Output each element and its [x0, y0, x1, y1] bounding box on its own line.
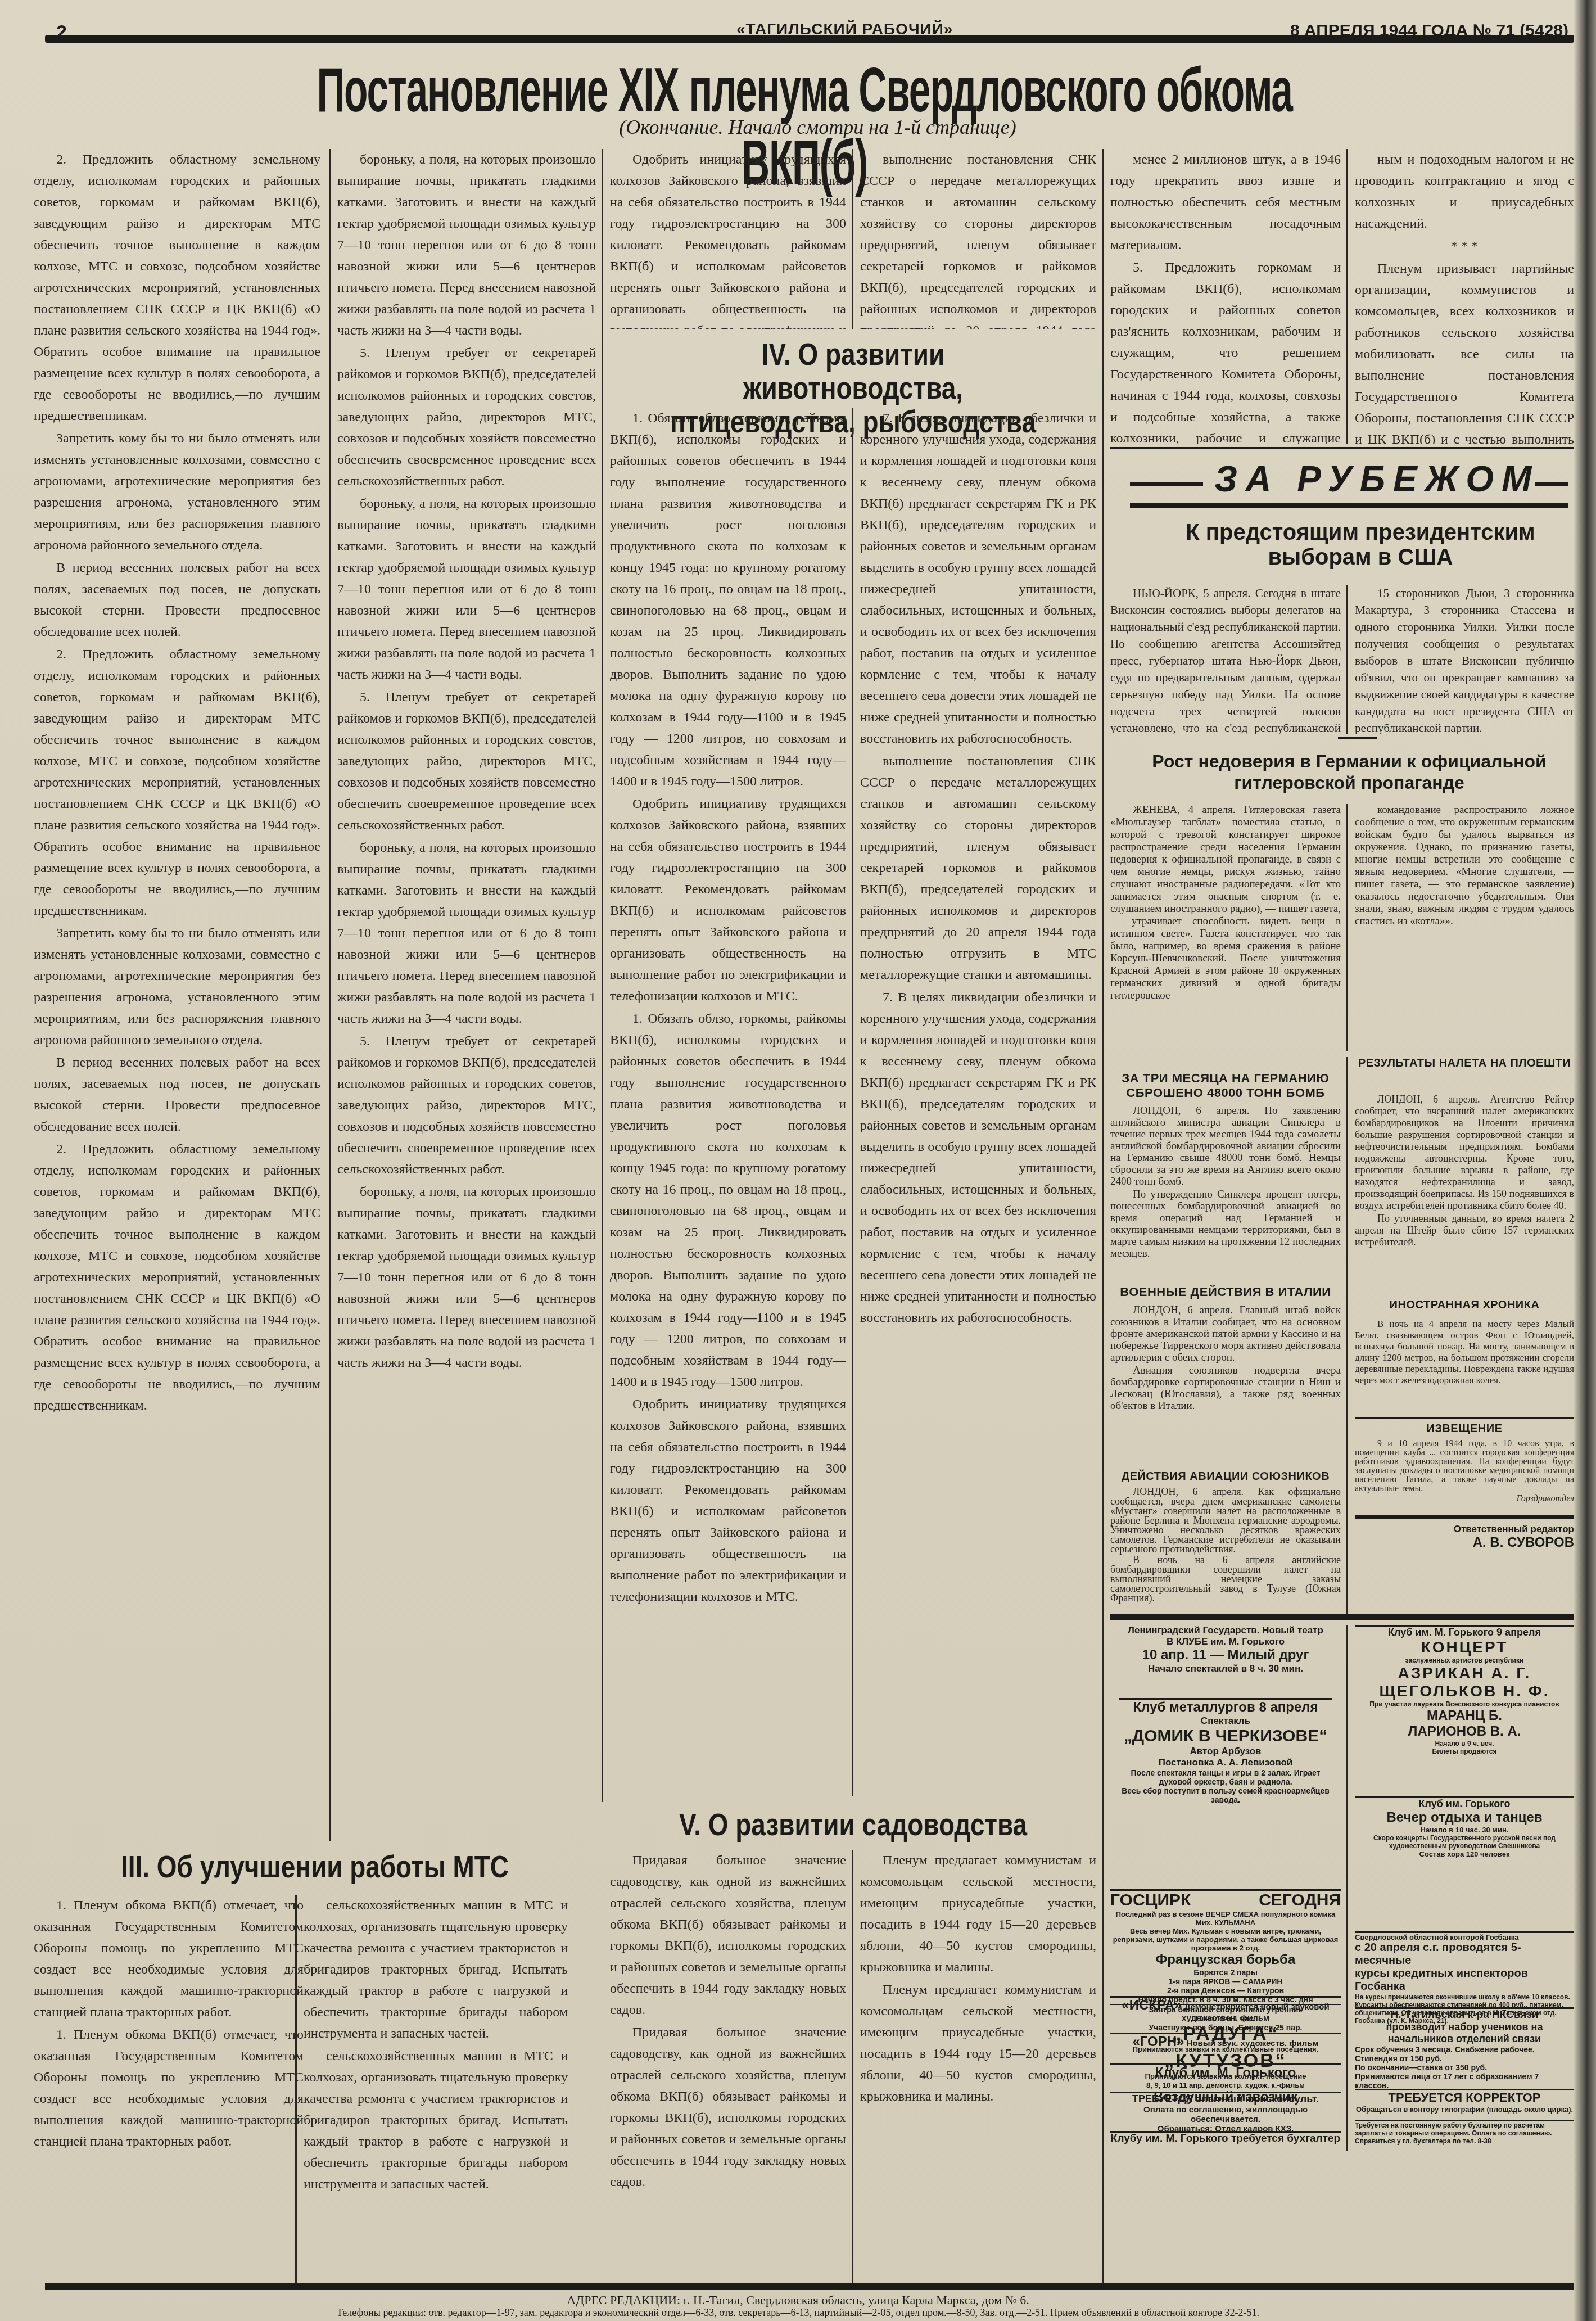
ad-circus-line2: Весь вечер Мих. Кульман с новыми антре, … [1110, 1927, 1341, 1952]
section-rule [1110, 447, 1574, 449]
paragraph: Одобрить инициативу трудящихся колхозов … [610, 1394, 846, 1607]
article-headline-germany-propaganda: Рост недоверия в Германии к официальной … [1124, 751, 1574, 793]
article-text: ЖЕНЕВА, 4 апреля. Гитлеровская газета «М… [1110, 804, 1341, 1002]
section-stars: * * * [1355, 236, 1574, 257]
ad-concert: Клуб им. М. Горького 9 апреля КОНЦЕРТ за… [1355, 1625, 1574, 1755]
paragraph: В период весенних полевых работ на всех … [34, 557, 320, 643]
column-v-1: Придавая большое значение садоводству, к… [610, 1850, 846, 2283]
column-iii-2: сельскохозяйственных машин в МТС и колхо… [304, 1895, 568, 2283]
ad-circus-when: СЕГОДНЯ [1259, 1891, 1341, 1910]
ad-concert-tickets: Билеты продаются [1355, 1747, 1574, 1755]
column-iii-1: 1. Пленум обкома ВКП(б) отмечает, что ок… [34, 1895, 304, 2283]
ad-gorky-film-club: Клуб им. М. Горького [1110, 2065, 1341, 2081]
article-text: 15 сторонников Дьюи, 3 сторонника Макарт… [1355, 585, 1574, 734]
ad-metallurgists-director: Постановка А. А. Левизовой [1119, 1757, 1332, 1768]
article-germany-propaganda-a: ЖЕНЕВА, 4 апреля. Гитлеровская газета «М… [1110, 804, 1341, 1051]
ad-nkc-line1: производит набор учеников на [1355, 2021, 1574, 2033]
masthead-rule [45, 35, 1574, 43]
ad-iskra-cinema: «ИСКРА» [1122, 1998, 1182, 2013]
ad-lawyer: ТРЕБУЕТСЯ опытный юрисконсульт. Оплата п… [1110, 2092, 1341, 2134]
paragraph: Одобрить инициативу трудящихся колхозов … [610, 149, 846, 329]
column-divider [602, 149, 603, 1802]
paragraph: 1. Пленум обкома ВКП(б) отмечает, что ок… [34, 1895, 304, 2023]
column-divider [852, 149, 853, 329]
header-rule [1130, 503, 1568, 508]
editor-label: Ответственный редактор [1355, 1524, 1574, 1535]
ad-dance-choir: Скоро концерты Государственного русской … [1355, 1834, 1574, 1850]
paragraph: менее 2 миллионов штук, а в 1946 году пр… [1110, 149, 1341, 256]
paragraph: 5. Предложить горкомам и райкомам ВКП(б)… [1110, 257, 1341, 444]
ad-concert-subtitle: заслуженных артистов республики [1355, 1656, 1574, 1664]
section-heading-iii: III. Об улучшении работы МТС [84, 1850, 545, 1884]
paragraph: 7. В целях ликвидации обезлички и коренн… [860, 408, 1096, 749]
article-germany-propaganda-b: командование распространило ложное сообщ… [1355, 804, 1574, 1051]
paragraph: 7. В целях ликвидации обезлички и коренн… [860, 987, 1096, 1329]
paragraph: Пленум призывает партийные организации, … [1355, 258, 1574, 444]
ad-credit-org: Свердловской областной конторой Госбанка [1355, 1933, 1574, 1941]
ad-dance-start: Начало в 10 час. 30 мин. [1355, 1826, 1574, 1834]
article-text: По уточненным данным, во время налета 2 … [1355, 1213, 1574, 1248]
paragraph: Запретить кому бы то ни было отменять ил… [34, 428, 320, 556]
article-ploesti: ЛОНДОН, 6 апреля. Агентство Рейтер сообщ… [1355, 1094, 1574, 1274]
ad-iskra-shows: Демонстрируется новый звуковой художеств… [1182, 2002, 1330, 2023]
ad-nkc-after: По окончании—ставка от 350 руб. [1355, 2063, 1574, 2072]
editor-block: Ответственный редактор А. В. СУВОРОВ [1355, 1524, 1574, 1551]
ad-concert-title: КОНЦЕРТ [1355, 1638, 1574, 1656]
ad-theatre-show: 10 апр. 11 — Милый друг [1110, 1647, 1341, 1663]
ad-dance-club: Клуб им. Горького [1355, 1798, 1574, 1810]
notice-title: ИЗВЕЩЕНИЕ [1355, 1423, 1574, 1435]
ad-concert-performer: ЩЕГОЛЬКОВ Н. Ф. [1355, 1682, 1574, 1700]
footer-address: АДРЕС РЕДАКЦИИ: г. Н.-Тагил, Свердловска… [0, 2293, 1596, 2308]
ad-metallurgists-label: Спектакль [1119, 1715, 1332, 1727]
paragraph: Пленум предлагает коммунистам и комсомол… [860, 1979, 1096, 2107]
notice-text: 9 и 10 апреля 1944 года, в 10 часов утра… [1355, 1439, 1574, 1512]
column-divider [1346, 585, 1348, 734]
notice-rule [1355, 1515, 1574, 1519]
paragraph: бороньку, а поля, на которых произошло в… [337, 493, 596, 685]
paragraph: ным и подоходным налогом и не проводить … [1355, 149, 1574, 234]
article-text: Авиация союзников подвергла вчера бомбар… [1110, 1365, 1341, 1412]
ad-lawyer-title: ТРЕБУЕТСЯ опытный юрисконсульт. [1110, 2093, 1341, 2105]
ad-metallurgists-proceeds: Весь сбор поступит в пользу семей красно… [1119, 1786, 1332, 1804]
page-subtitle: (Окончание. Начало смотри на 1-й страниц… [0, 115, 1596, 139]
footer-rule [45, 2283, 1574, 2290]
column-divider [1346, 804, 1348, 1051]
ad-theatre-venue: В КЛУБЕ им. М. Горького [1110, 1636, 1341, 1647]
paragraph: бороньку, а поля, на которых произошло в… [337, 149, 596, 341]
column-divider [1346, 149, 1348, 444]
paragraph: 1. Обязать облзо, горкомы, райкомы ВКП(б… [610, 408, 846, 792]
article-text: По утверждению Синклера процент потерь, … [1110, 1189, 1341, 1259]
ad-metallurgists-play: „ДОМИК В ЧЕРКИЗОВЕ“ [1119, 1727, 1332, 1746]
article-text: ЛОНДОН, 6 апреля. Как официально сообщае… [1110, 1487, 1341, 1554]
paragraph: 5. Пленум требует от секретарей райкомов… [337, 1031, 596, 1180]
paragraph: Придавая большое значение садоводству, к… [610, 1850, 846, 2021]
ad-circus-event: Французская борьба [1110, 1952, 1341, 1968]
ad-circus-name: ГОСЦИРК [1110, 1891, 1191, 1910]
article-headline-italy: ВОЕННЫЕ ДЕЙСТВИЯ В ИТАЛИИ [1110, 1285, 1341, 1299]
ad-theatre-dates: 10 апр. 11 [1142, 1647, 1207, 1663]
ad-theatre-header: Ленинградский Государств. Новый театр [1110, 1625, 1341, 1636]
article-bombs: ЛОНДОН, 6 апреля. По заявлению английско… [1110, 1105, 1341, 1274]
section-heading-v: V. О развитии садоводства [654, 1808, 1052, 1841]
ad-circus-pair2: 2-я пара Денисов — Каптуров [1110, 1986, 1341, 1995]
paragraph: сельскохозяйственных машин в МТС и колхо… [304, 1895, 568, 2044]
article-foreign-chronicle: В ночь на 4 апреля на мосту через Малый … [1355, 1318, 1574, 1414]
article-headline-allied-aviation: ДЕЙСТВИЯ АВИАЦИИ СОЮЗНИКОВ [1110, 1470, 1341, 1483]
ad-circus-line1: Последний раз в сезоне ВЕЧЕР СМЕХА попул… [1110, 1910, 1341, 1927]
article-headline-bombs: ЗА ТРИ МЕСЯЦА НА ГЕРМАНИЮ СБРОШЕНО 48000… [1110, 1071, 1341, 1100]
ad-nkc-who: Принимаются лица от 17 лет с образование… [1355, 2072, 1574, 2090]
header-rule [1535, 482, 1568, 486]
column-6-top: ным и подоходным налогом и не проводить … [1355, 149, 1574, 444]
article-headline-foreign-chronicle: ИНОСТРАННАЯ ХРОНИКА [1355, 1299, 1574, 1312]
ad-gorn-cinema: «ГОРН» [1132, 2034, 1184, 2049]
column-2: бороньку, а поля, на которых произошло в… [337, 149, 596, 1841]
column-divider [295, 1895, 297, 2283]
ad-theatre: Ленинградский Государств. Новый театр В … [1110, 1625, 1341, 1674]
ad-bookkeeper-text: Требуется на постоянную работу бухгалтер… [1355, 2121, 1574, 2145]
article-text: ЛОНДОН, 6 апреля. Агентство Рейтер сообщ… [1355, 1094, 1574, 1212]
column-divider [1102, 149, 1104, 2283]
article-text: командование распространило ложное сообщ… [1355, 804, 1574, 928]
article-text: ЛОНДОН, 6 апреля. Главный штаб войск сою… [1110, 1304, 1341, 1363]
paragraph: Пленум предлагает коммунистам и комсомол… [860, 1850, 1096, 1978]
column-5-top: менее 2 миллионов штук, а в 1946 году пр… [1110, 149, 1341, 444]
ad-circus-header: ГОСЦИРК СЕГОДНЯ [1110, 1891, 1341, 1910]
ad-metallurgists-header: Клуб металлургов 8 апреля [1119, 1700, 1332, 1715]
column-divider [1346, 1625, 1348, 2151]
column-v-2: Пленум предлагает коммунистам и комсомол… [860, 1850, 1096, 2283]
page-edge-shadow [1574, 0, 1596, 2321]
ad-circus-pairs: Борются 2 пары [1110, 1968, 1341, 1977]
ad-concert-performer: ЛАРИОНОВ В. А. [1355, 1724, 1574, 1740]
paragraph: В период весенних полевых работ на всех … [34, 1052, 320, 1137]
ad-concert-club: Клуб им. М. Горького 9 апреля [1355, 1627, 1574, 1638]
column-3-top: Одобрить инициативу трудящихся колхозов … [610, 149, 846, 329]
ad-theatre-play: — Милый друг [1210, 1647, 1309, 1663]
ad-nkc: Н.-Тагильская к-ра НКСвязи производит на… [1355, 2007, 1574, 2090]
ad-proofreader-title: ТРЕБУЕТСЯ КОРРЕКТОР [1355, 2090, 1574, 2105]
paragraph: бороньку, а поля, на которых произошло в… [337, 837, 596, 1029]
header-rule [1130, 482, 1203, 486]
article-italy: ЛОНДОН, 6 апреля. Главный штаб войск сою… [1110, 1304, 1341, 1451]
ad-accountant: Клубу им. М. Горького требуется бухгалте… [1110, 2131, 1341, 2145]
notice-body: 9 и 10 апреля 1944 года, в 10 часов утра… [1355, 1439, 1574, 1493]
paragraph: 2. Предложить областному земельному отде… [34, 1139, 320, 1416]
paragraph: Придавая большое значение садоводству, к… [610, 2022, 846, 2193]
ad-metallurgists: Клуб металлургов 8 апреля Спектакль „ДОМ… [1119, 1698, 1332, 1804]
ad-metallurgists-after: После спектакля танцы и игры в 2 залах. … [1119, 1768, 1332, 1786]
article-text: НЬЮ-ЙОРК, 5 апреля. Сегодня в штате Виск… [1110, 585, 1341, 734]
ad-concert-start: Начало в 9 ч. веч. [1355, 1740, 1574, 1747]
column-divider [852, 408, 853, 1796]
ad-proofreader-contact: Обращаться в контору типографии (площадь… [1355, 2105, 1574, 2114]
article-headline-ploesti: РЕЗУЛЬТАТЫ НАЛЕТА НА ПЛОЕШТИ [1355, 1057, 1574, 1070]
notice-rule [1355, 1417, 1574, 1419]
ad-circus-pair1: 1-я пара ЯРКОВ — САМАРИН [1110, 1977, 1341, 1986]
ad-accountant-text: Клубу им. М. Горького требуется бухгалте… [1110, 2133, 1341, 2145]
abroad-section-header: ЗА РУБЕЖОМ [1124, 458, 1574, 509]
article-allied-aviation: ЛОНДОН, 6 апреля. Как официально сообщае… [1110, 1487, 1341, 1614]
ad-dance: Клуб им. Горького Вечер отдыха и танцев … [1355, 1796, 1574, 1858]
paragraph: выполнение постановления СНК СССР о пере… [860, 751, 1096, 986]
paragraph: 5. Пленум требует от секретарей райкомов… [337, 687, 596, 836]
paragraph: сельскохозяйственных машин в МТС и колхо… [304, 2045, 568, 2195]
paragraph: бороньку, а поля, на которых произошло в… [337, 1181, 596, 1374]
ad-dance-choir-size: Состав хора 120 человек [1355, 1850, 1574, 1858]
article-us-elections-b: 15 сторонников Дьюи, 3 сторонника Макарт… [1355, 585, 1574, 734]
column-3-iv: 1. Обязать облзо, горкомы, райкомы ВКП(б… [610, 408, 846, 1796]
paragraph: Одобрить инициативу трудящихся колхозов … [610, 793, 846, 1007]
paragraph: 1. Обязать облзо, горкомы, райкомы ВКП(б… [610, 1008, 846, 1393]
ad-metallurgists-author: Автор Арбузов [1119, 1746, 1332, 1757]
paragraph: Запретить кому бы то ни было отменять ил… [34, 923, 320, 1051]
abroad-section-title: ЗА РУБЕЖОМ [1214, 458, 1539, 500]
column-divider [1346, 1057, 1348, 1614]
ad-gorky-film-dates: 8, 9, 10 и 11 апр. демонстр. худож. к.-ф… [1110, 2081, 1341, 2089]
article-text: ЛОНДОН, 6 апреля. По заявлению английско… [1110, 1105, 1341, 1187]
column-4-top: выполнение постановления СНК СССР о пере… [860, 149, 1096, 329]
column-divider [852, 1850, 853, 2283]
article-separator [1338, 737, 1377, 739]
ad-concert-performer: АЗРИКАН А. Г. [1355, 1664, 1574, 1682]
article-text: В ночь на 6 апреля английские бомбардиро… [1110, 1555, 1341, 1603]
ad-gorn-shows: Новый звук. художеств. фильм [1187, 2039, 1319, 2048]
article-text: В ночь на 4 апреля на мосту через Малый … [1355, 1318, 1574, 1386]
ad-concert-performer: МАРАНЦ Б. [1355, 1708, 1574, 1724]
paragraph: 2. Предложить областному земельному отде… [34, 644, 320, 922]
ad-dance-title: Вечер отдыха и танцев [1355, 1810, 1574, 1826]
editor-name: А. В. СУВОРОВ [1355, 1535, 1574, 1551]
ads-divider [1110, 1614, 1574, 1620]
paragraph: выполнение постановления СНК СССР о пере… [860, 149, 1096, 329]
ad-nkc-line2: начальников отделений связи [1355, 2033, 1574, 2045]
notice-signature: Горздравотдел [1355, 1494, 1574, 1503]
paragraph: 2. Предложить областному земельному отде… [34, 149, 320, 427]
column-4-iv: 7. В целях ликвидации обезлички и коренн… [860, 408, 1096, 1796]
ad-credit-date: с 20 апреля с.г. проводятся 5-месячные [1355, 1941, 1574, 1967]
ad-credit-course: курсы кредитных инспекторов Госбанка [1355, 1967, 1574, 1993]
column-divider [329, 149, 331, 1841]
ad-bookkeeper: Требуется на постоянную работу бухгалтер… [1355, 2120, 1574, 2145]
ad-proofreader: ТРЕБУЕТСЯ КОРРЕКТОР Обращаться в контору… [1355, 2089, 1574, 2114]
paragraph: 1. Пленум обкома ВКП(б) отмечает, что ок… [34, 2024, 304, 2152]
footer-phones: Телефоны редакции: отв. редактор—1-97, з… [0, 2307, 1596, 2319]
newspaper-page: 2 «ТАГИЛЬСКИЙ РАБОЧИЙ» 8 АПРЕЛЯ 1944 ГОД… [0, 0, 1596, 2321]
ad-theatre-start: Начало спектаклей в 8 ч. 30 мин. [1110, 1663, 1341, 1674]
column-1: 2. Предложить областному земельному отде… [34, 149, 320, 1841]
paragraph: 5. Пленум требует от секретарей райкомов… [337, 342, 596, 492]
ad-nkc-term: Срок обучения 3 месяца. Снабжение рабоче… [1355, 2045, 1574, 2063]
article-us-elections-a: НЬЮ-ЙОРК, 5 апреля. Сегодня в штате Виск… [1110, 585, 1341, 734]
ad-lawyer-terms: Оплата по соглашению, жилплощадью обеспе… [1110, 2105, 1341, 2124]
ad-nkc-org: Н.-Тагильская к-ра НКСвязи [1355, 2009, 1574, 2021]
article-headline-us-elections: К предстоящим президентским выборам в СШ… [1147, 520, 1574, 570]
ad-concert-with: При участии лауреата Всесоюзного конкурс… [1355, 1700, 1574, 1708]
